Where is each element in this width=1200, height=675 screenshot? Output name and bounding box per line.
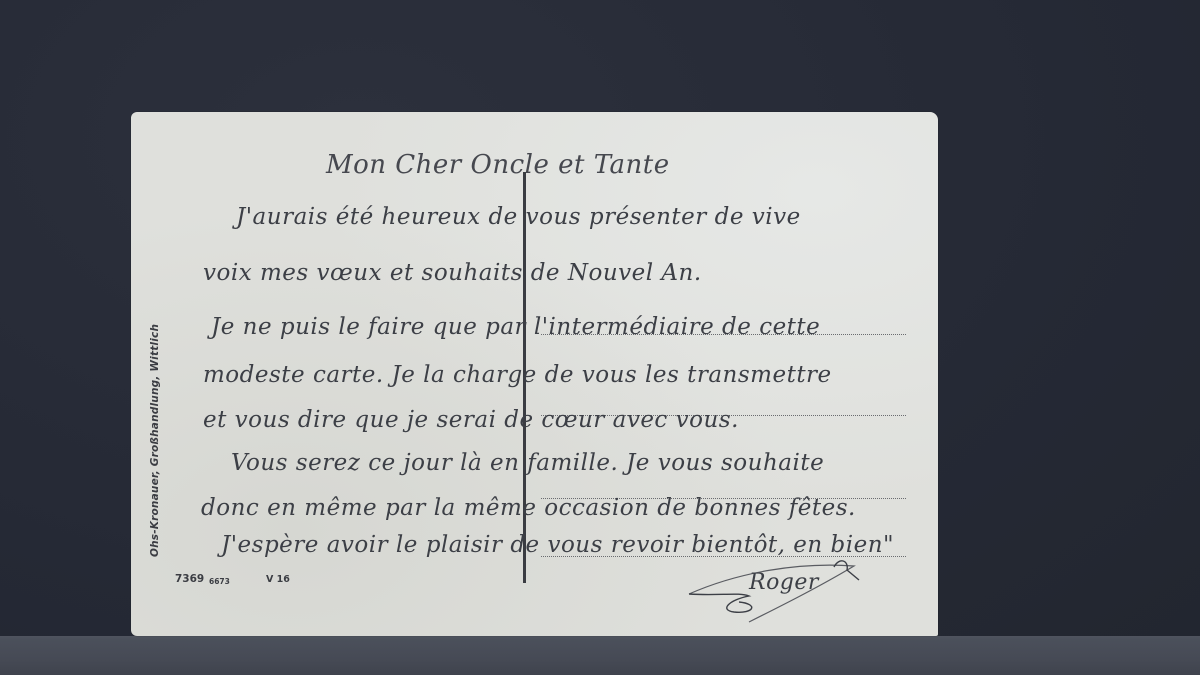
letter-line-4: modeste carte. Je la charge de vous les … (203, 362, 832, 388)
letter-line-1: J'aurais été heureux de vous présenter d… (236, 204, 801, 230)
print-code-v: V 16 (266, 574, 290, 585)
display-ledge (0, 636, 1200, 675)
print-code-small: 6673 (209, 577, 230, 586)
salutation: Mon Cher Oncle et Tante (326, 150, 670, 180)
letter-line-7: donc en même par la même occasion de bon… (201, 495, 856, 521)
signature-block: Roger (679, 552, 879, 632)
photo-scene: Ohs-Kronauer, Großhandlung, Wittlich Mon… (0, 0, 1200, 675)
letter-line-3: Je ne puis le faire que par l'intermédia… (211, 314, 820, 340)
print-code-main: 7369 (175, 573, 204, 585)
postcard-back: Ohs-Kronauer, Großhandlung, Wittlich Mon… (131, 112, 938, 636)
letter-line-6: Vous serez ce jour là en famille. Je vou… (231, 450, 824, 476)
letter-line-2: voix mes vœux et souhaits de Nouvel An. (203, 260, 702, 286)
publisher-imprint: Ohs-Kronauer, Großhandlung, Wittlich (149, 324, 161, 557)
letter-line-5: et vous dire que je serai de cœur avec v… (203, 407, 739, 433)
signature-name: Roger (749, 570, 819, 595)
